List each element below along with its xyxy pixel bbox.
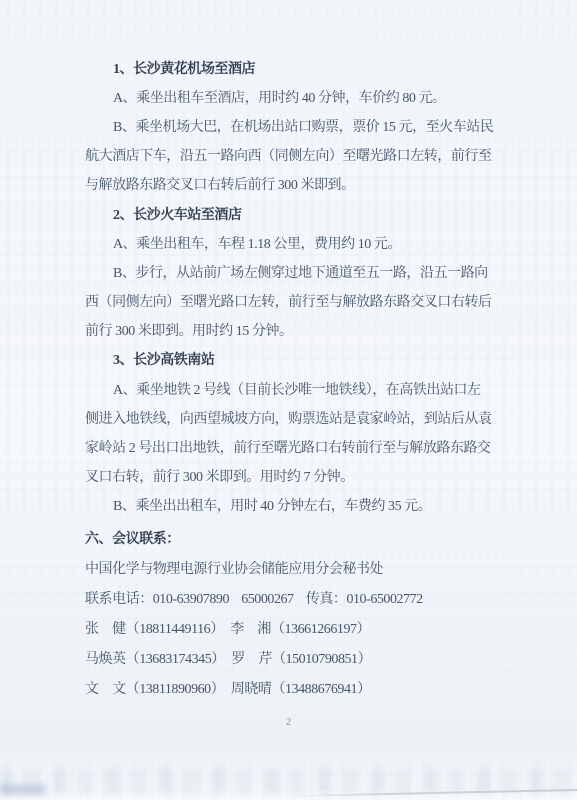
contact-person-row: 马焕英（13683174345） 罗 芹（15010790851） (85, 643, 505, 673)
document-body: 1、长沙黄花机场至酒店 A、乘坐出租车至酒店，用时约 40 分钟，车价约 80 … (85, 53, 505, 703)
scanned-page: 1、长沙黄花机场至酒店 A、乘坐出租车至酒店，用时约 40 分钟，车价约 80 … (0, 0, 577, 800)
doc-line: B、乘坐出出租车，用时 40 分钟左右，车费约 35 元。 (85, 491, 505, 520)
contact-person-row: 文 文（13811890960） 周晓晴（13488676941） (85, 673, 505, 703)
doc-line: 家岭站 2 号出口出地铁，前行至曙光路口右转前行至与解放路东路交 (85, 432, 505, 461)
contact-organization: 中国化学与物理电源行业协会储能应用分会秘书处 (85, 553, 505, 583)
doc-line: A、乘坐出租车，车程 1.18 公里，费用约 10 元。 (85, 228, 505, 257)
section-heading-railway-station: 2、长沙火车站至酒店 (85, 199, 505, 228)
doc-line: A、乘坐地铁 2 号线（目前长沙唯一地铁线），在高铁出站口左 (85, 374, 505, 403)
doc-line: 航大酒店下车，沿五一路向西（同侧左向）至曙光路口左转，前行至 (85, 141, 505, 170)
scan-corner-smudge (0, 784, 46, 795)
section-heading-conference-contact: 六、会议联系： (85, 523, 505, 553)
page-number: 2 (0, 716, 577, 728)
doc-line: 与解放路东路交叉口右转后前行 300 米即到。 (85, 170, 505, 199)
doc-line: B、步行，从站前广场左侧穿过地下通道至五一路，沿五一路向 (85, 257, 505, 286)
contact-person-row: 张 健（18811449116） 李 湘（13661266197） (85, 613, 505, 643)
doc-line: B、乘坐机场大巴，在机场出站口购票，票价 15 元，至火车站民 (85, 111, 505, 140)
section-heading-hsr-south-station: 3、长沙高铁南站 (85, 345, 505, 374)
contact-phone-fax: 联系电话：010-63907890 65000267 传真：010-650027… (85, 583, 505, 613)
doc-line: A、乘坐出租车至酒店，用时约 40 分钟，车价约 80 元。 (85, 82, 505, 111)
section-heading-airport: 1、长沙黄花机场至酒店 (85, 53, 505, 82)
doc-line: 西（同侧左向）至曙光路口左转，前行至与解放路东路交叉口右转后 (85, 287, 505, 316)
doc-line: 前行 300 米即到。用时约 15 分钟。 (85, 316, 505, 345)
doc-line: 侧进入地铁线，向西望城坡方向，购票选站是袁家岭站，到站后从袁 (85, 403, 505, 432)
doc-line: 叉口右转，前行 300 米即到。用时约 7 分钟。 (85, 462, 505, 491)
